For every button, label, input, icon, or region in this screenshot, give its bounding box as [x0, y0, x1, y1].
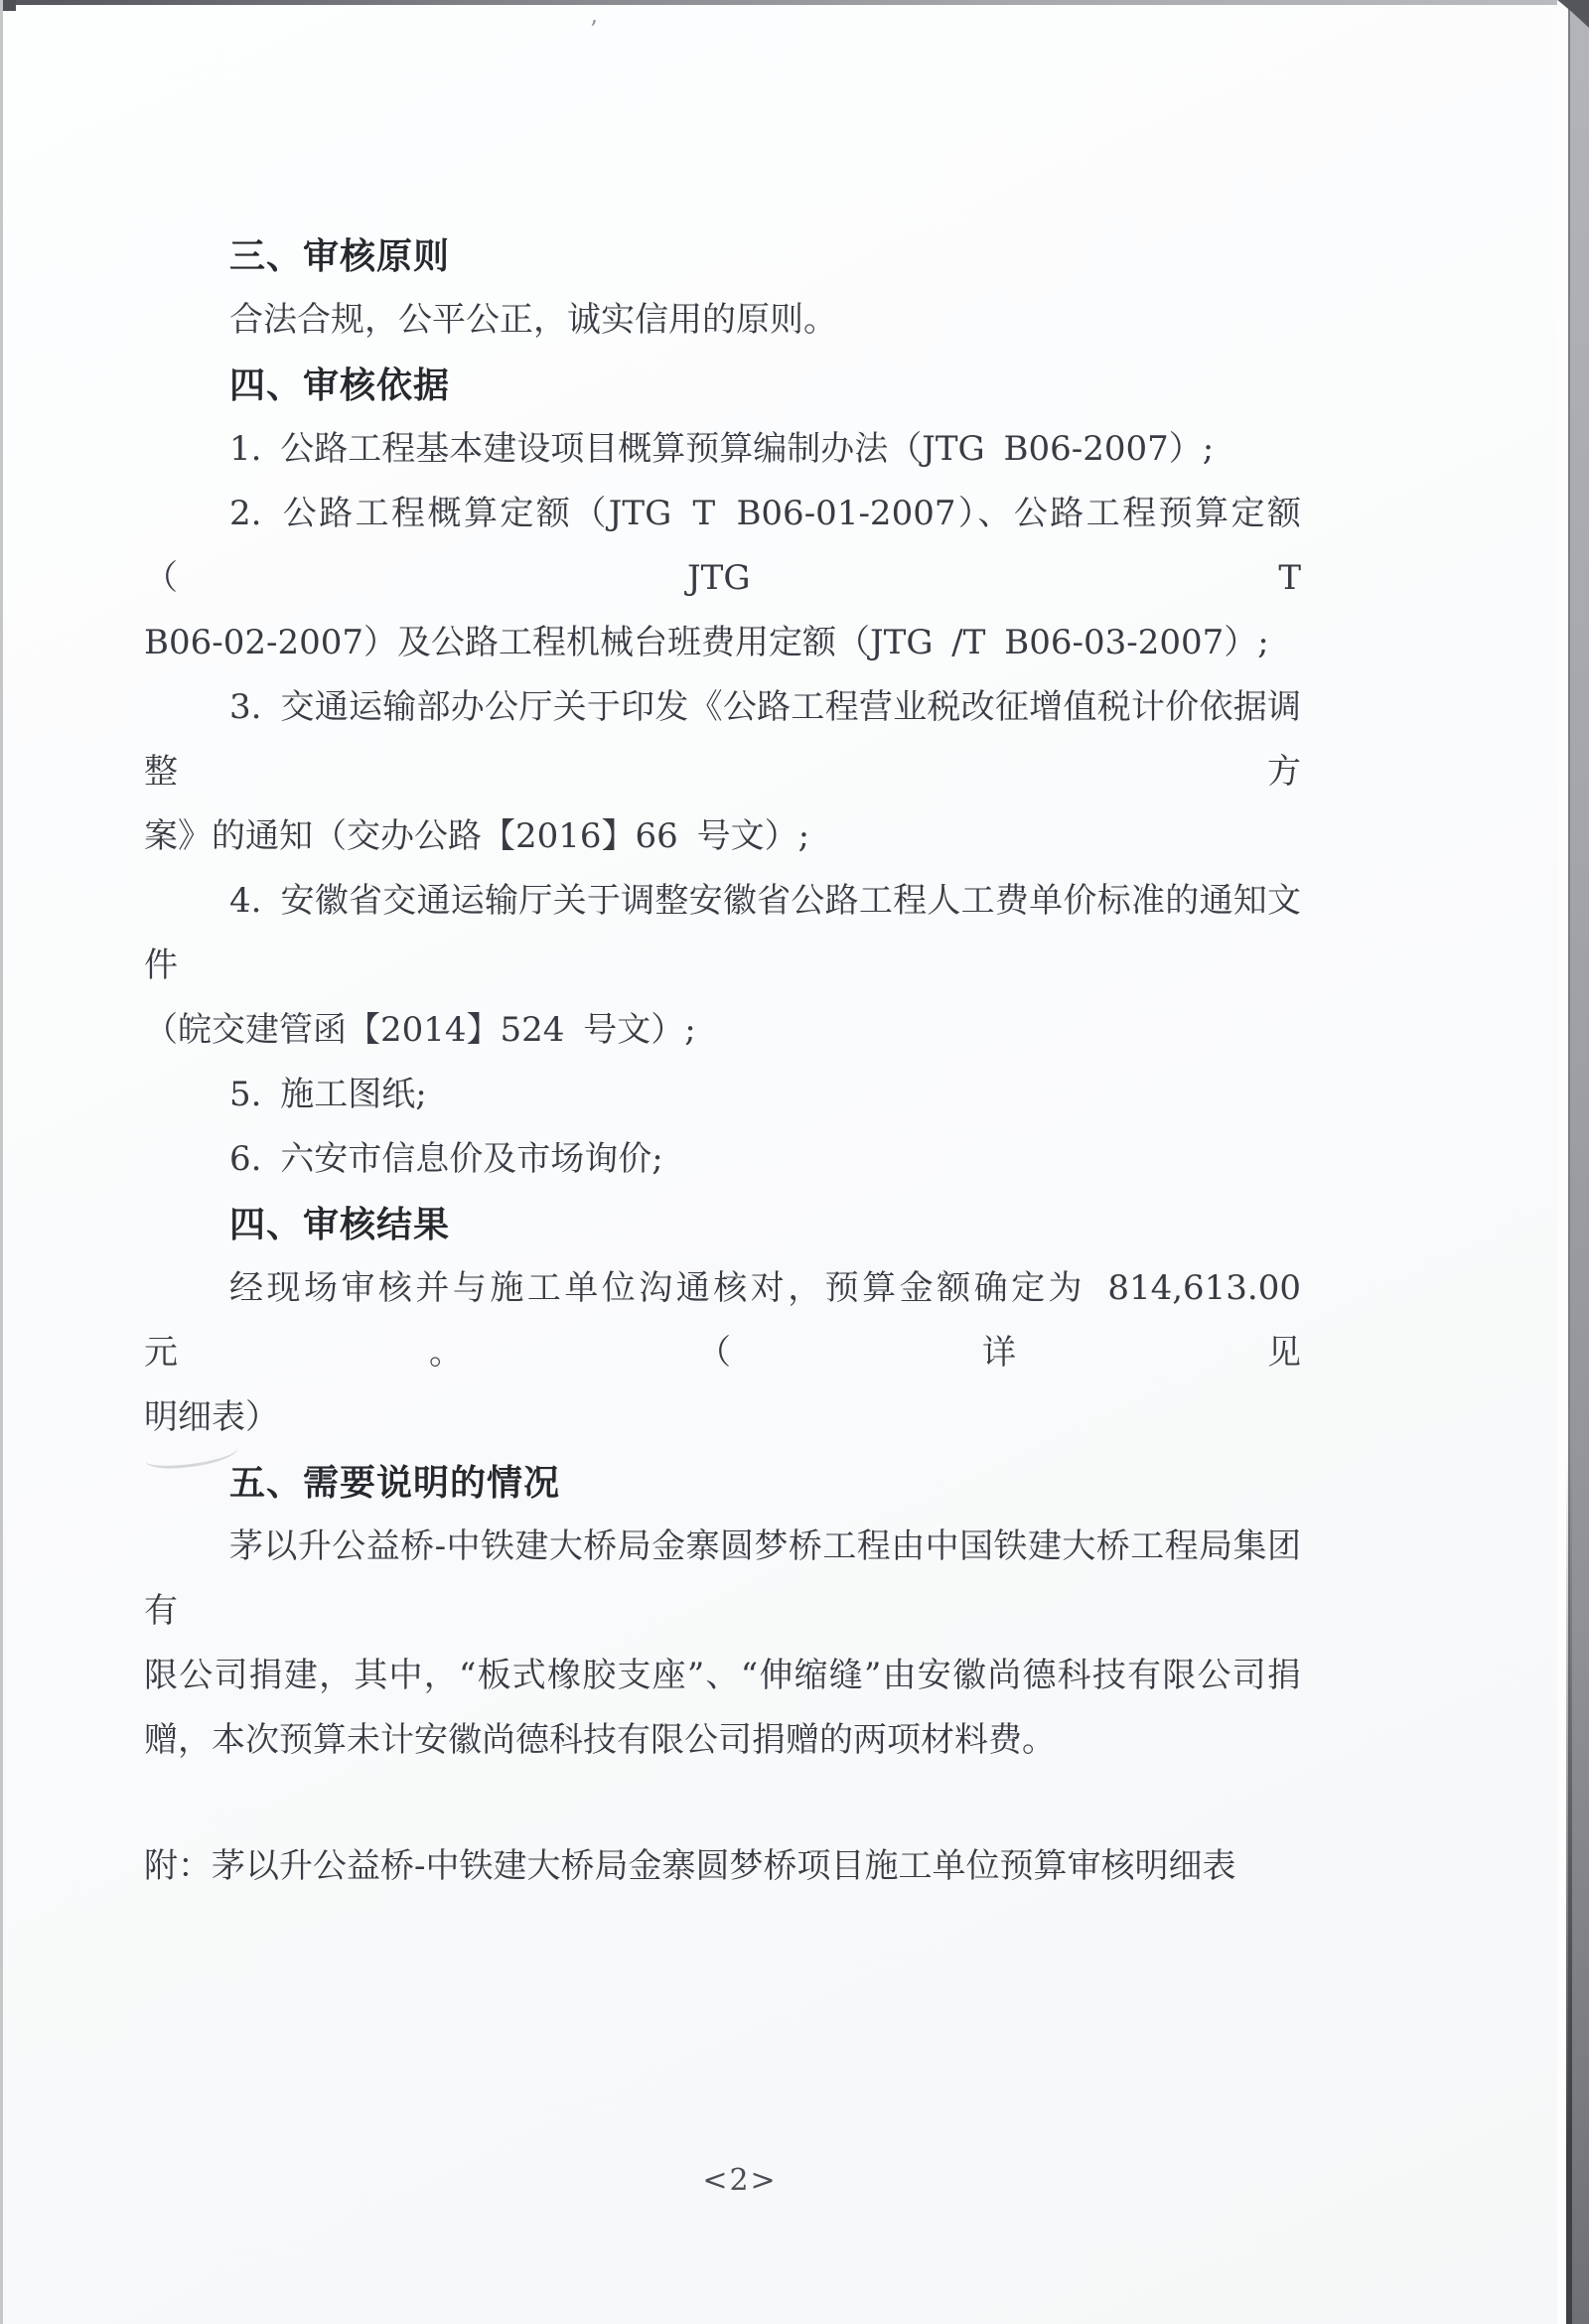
review-result-line-2: 明细表） — [144, 1385, 1301, 1450]
heading-review-principles: 三、审核原则 — [144, 223, 1301, 288]
heading-review-basis: 四、审核依据 — [144, 353, 1301, 417]
attachment-note: 附：茅以升公益桥-中铁建大桥局金寨圆梦桥项目施工单位预算审核明细表 — [144, 1834, 1301, 1899]
notes-line-1: 茅以升公益桥-中铁建大桥局金寨圆梦桥工程由中国铁建大桥工程局集团有 — [144, 1515, 1301, 1644]
notes-line-2: 限公司捐建，其中，“板式橡胶支座”、“伸缩缝”由安徽尚德科技有限公司捐 — [144, 1644, 1301, 1708]
basis-item-3-line-2: 案》的通知（交办公路【2016】66 号文）; — [144, 804, 1301, 869]
basis-item-5: 5. 施工图纸; — [144, 1063, 1301, 1127]
basis-item-6: 6. 六安市信息价及市场询价; — [144, 1127, 1301, 1192]
basis-item-3-line-1: 3. 交通运输部办公厅关于印发《公路工程营业税改征增值税计价依据调整方 — [144, 675, 1301, 804]
notes-line-3: 赠，本次预算未计安徽尚德科技有限公司捐赠的两项材料费。 — [144, 1708, 1301, 1773]
basis-item-2-line-2: B06-02-2007）及公路工程机械台班费用定额（JTG /T B06-03-… — [144, 611, 1301, 675]
scan-right-shadow-band-dark — [1566, 1440, 1572, 2324]
basis-item-2-line-1: 2. 公路工程概算定额（JTG T B06-01-2007）、公路工程预算定额（… — [144, 482, 1301, 611]
basis-item-4-line-2: （皖交建管函【2014】524 号文）; — [144, 998, 1301, 1063]
document-text-block: 三、审核原则 合法合规，公平公正，诚实信用的原则。 四、审核依据 1. 公路工程… — [144, 223, 1301, 1899]
basis-item-1: 1. 公路工程基本建设项目概算预算编制办法（JTG B06-2007）; — [144, 417, 1301, 482]
review-result-line-1: 经现场审核并与施工单位沟通核对，预算金额确定为 814,613.00 元。（详见 — [144, 1256, 1301, 1385]
stray-ink-mark: ’ — [590, 16, 598, 44]
heading-notes: 五、需要说明的情况 — [144, 1450, 1301, 1515]
scan-top-edge-line — [0, 0, 1561, 5]
page-number: <2> — [0, 2163, 1480, 2198]
scanned-document-page: ’ 三、审核原则 合法合规，公平公正，诚实信用的原则。 四、审核依据 1. 公路… — [0, 0, 1589, 2324]
review-principles-text: 合法合规，公平公正，诚实信用的原则。 — [144, 288, 1301, 353]
scan-left-edge-line — [0, 0, 3, 2324]
heading-review-result: 四、审核结果 — [144, 1192, 1301, 1256]
basis-item-4-line-1: 4. 安徽省交通运输厅关于调整安徽省公路工程人工费单价标准的通知文件 — [144, 869, 1301, 998]
